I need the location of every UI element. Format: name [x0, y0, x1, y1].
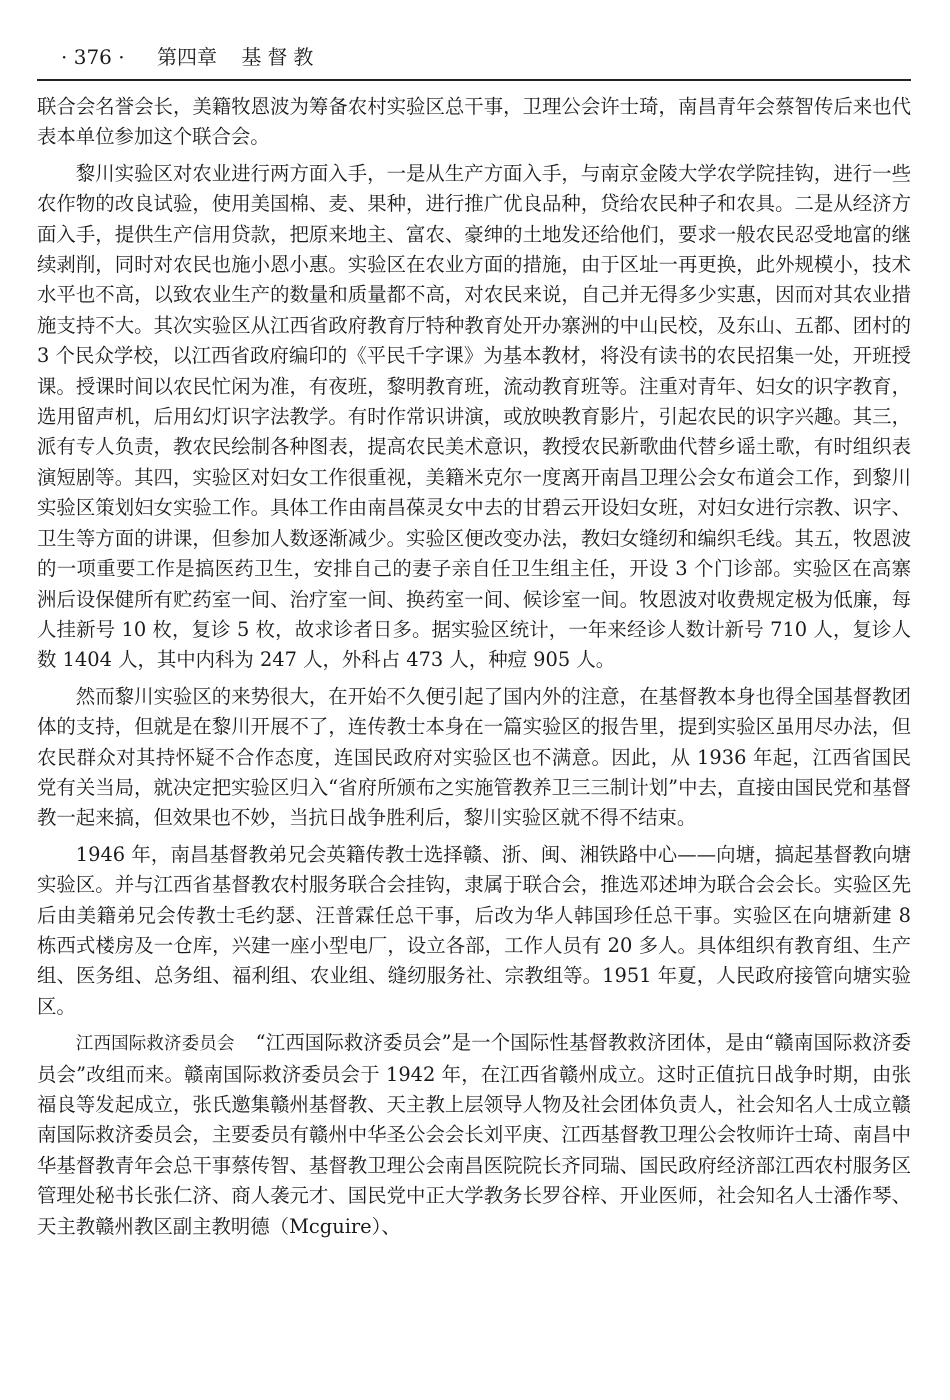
running-header: · 376 · 第四章 基督教	[61, 44, 319, 70]
chapter-title: 第四章	[157, 44, 217, 70]
header-rule	[37, 79, 911, 81]
paragraph-xiangtang: 1946 年，南昌基督教弟兄会英籍传教士选择赣、浙、闽、湘铁路中心——向塘，搞起…	[37, 840, 911, 1022]
page-number: · 376 ·	[61, 44, 125, 70]
entry-term: 江西国际救济委员会	[76, 1034, 235, 1054]
paragraph-relief-committee: 江西国际救济委员会“江西国际救济委员会”是一个国际性基督教救济团体，是由“赣南国…	[37, 1028, 911, 1242]
entry-text: “江西国际救济委员会”是一个国际性基督教救济团体，是由“赣南国际救济委员会”改组…	[37, 1031, 911, 1237]
paragraph-lichuan-agriculture: 黎川实验区对农业进行两方面入手，一是从生产方面入手，与南京金陵大学农学院挂钩，进…	[37, 159, 911, 676]
paragraph-continuation: 联合会名誉会长，美籍牧恩波为筹备农村实验区总干事，卫理公会许士琦，南昌青年会蔡智…	[37, 92, 911, 153]
body-text: 联合会名誉会长，美籍牧恩波为筹备农村实验区总干事，卫理公会许士琦，南昌青年会蔡智…	[37, 92, 911, 1248]
section-title: 基督教	[241, 44, 319, 70]
paragraph-lichuan-end: 然而黎川实验区的来势很大，在开始不久便引起了国内外的注意，在基督教本身也得全国基…	[37, 682, 911, 834]
